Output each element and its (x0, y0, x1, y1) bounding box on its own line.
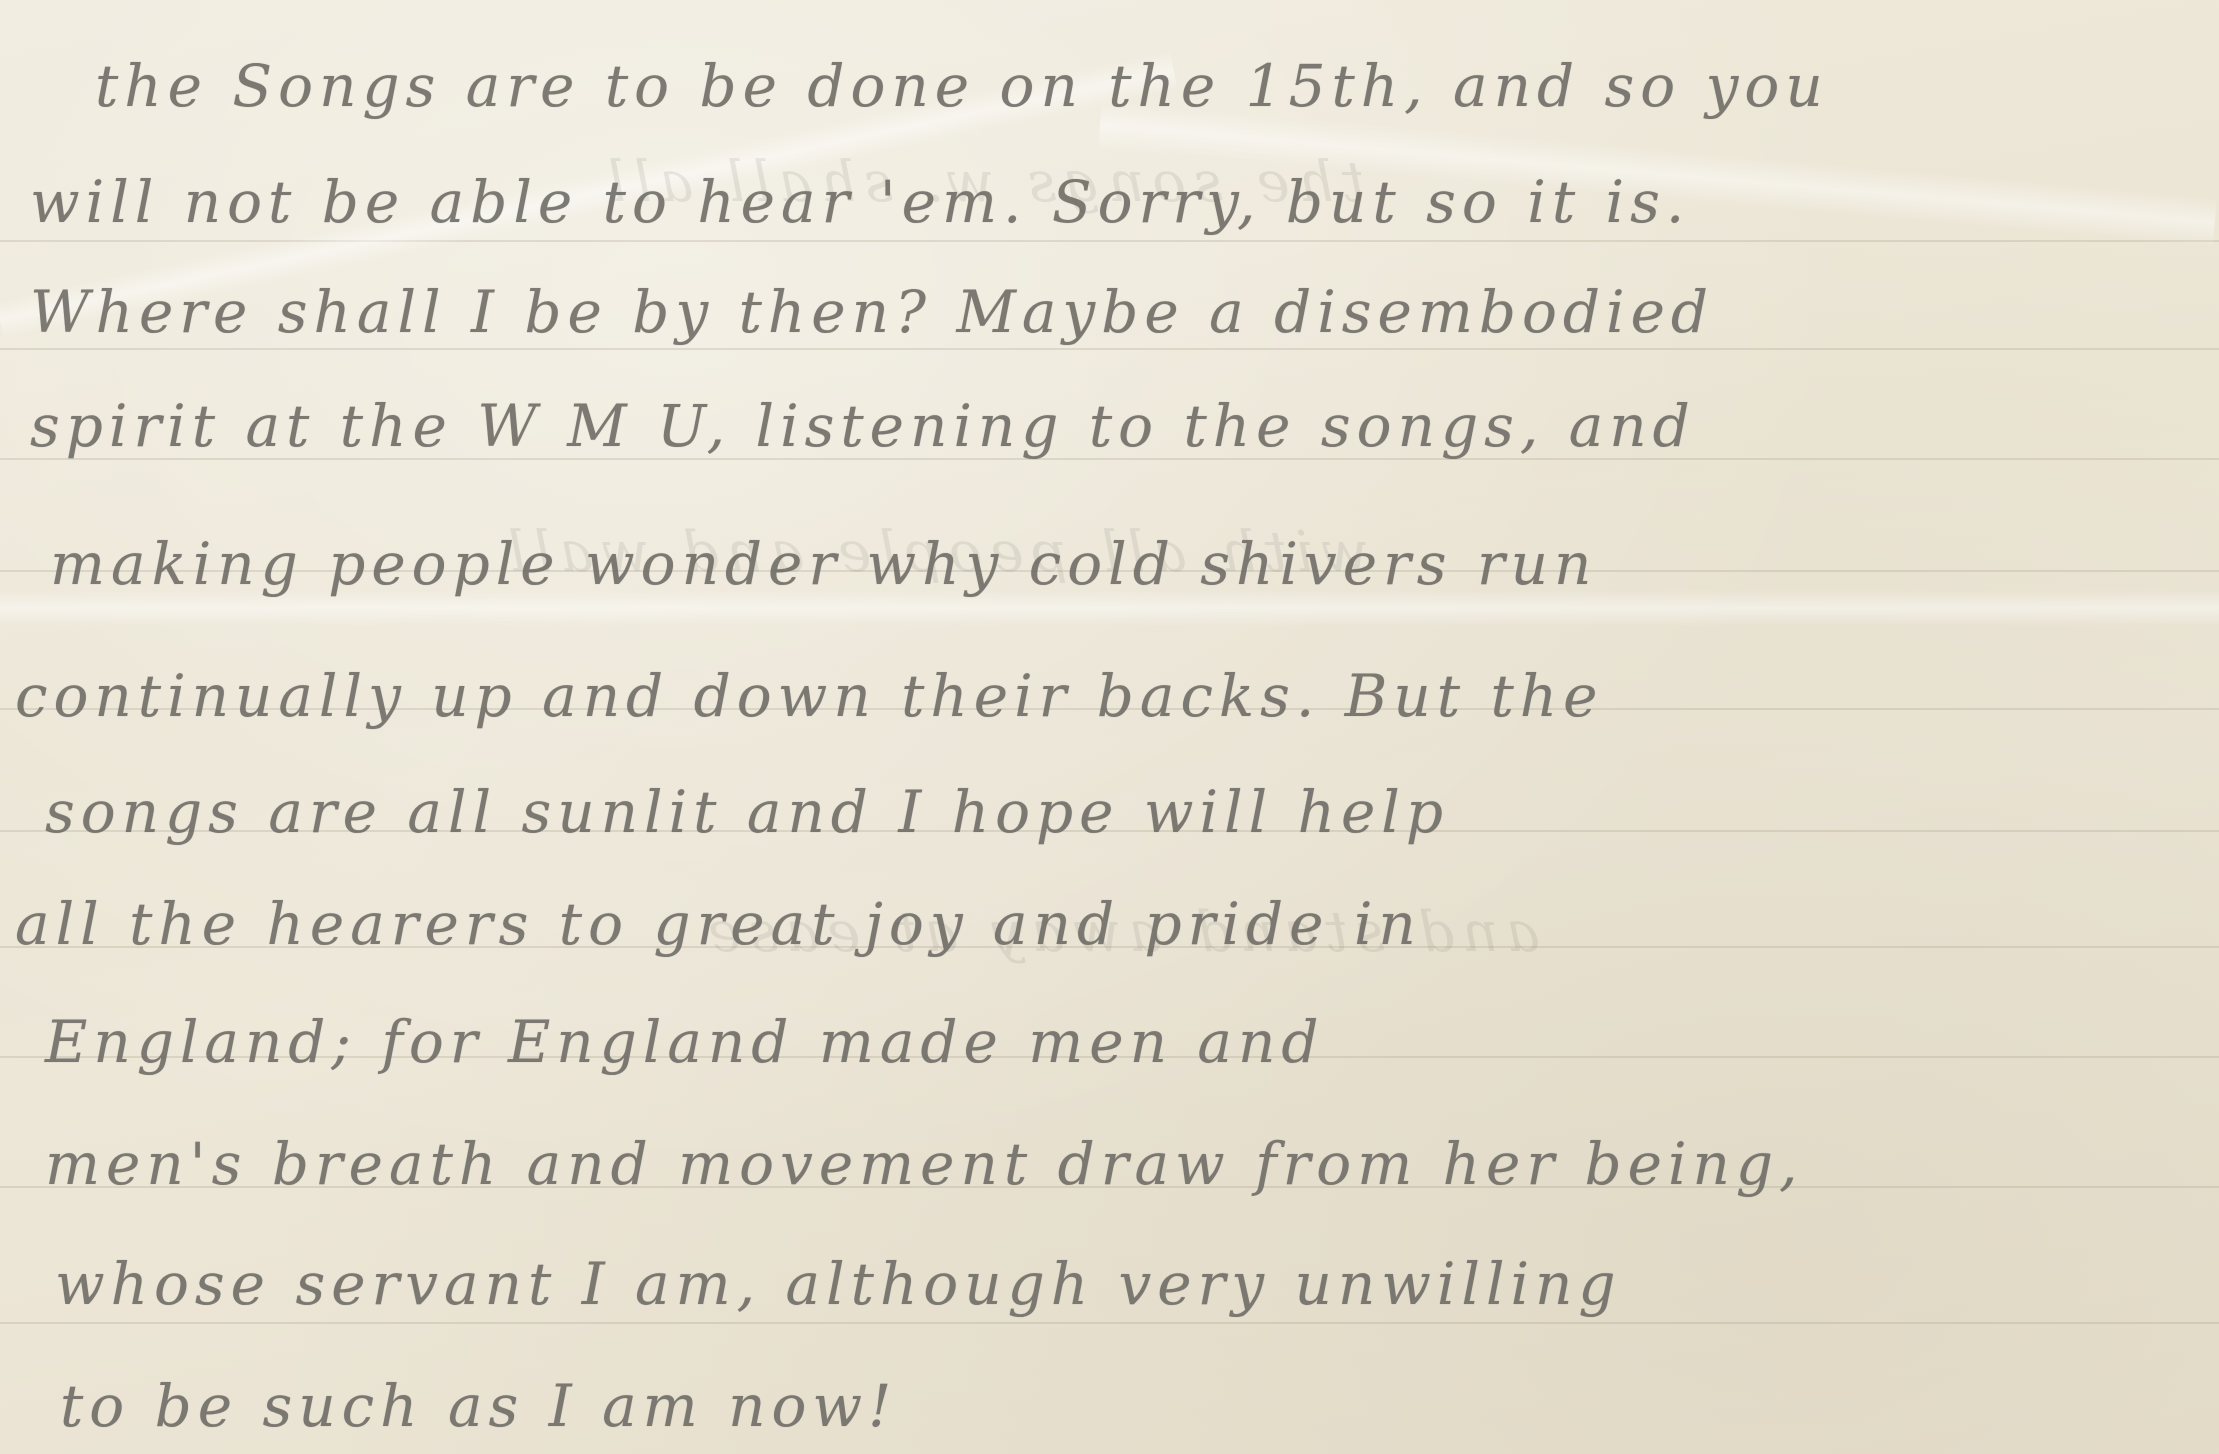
letter-line: spirit at the W M U, listening to the so… (30, 392, 1696, 460)
ruled-line (0, 1322, 2219, 1324)
letter-line: men's breath and movement draw from her … (45, 1130, 1803, 1198)
letter-line: England; for England made men and (45, 1008, 1324, 1076)
ruled-line (0, 348, 2219, 350)
letter-line: all the hearers to great joy and pride i… (15, 890, 1422, 958)
letter-line: to be such as I am now! (60, 1372, 897, 1440)
letter-line: making people wonder why cold shivers ru… (50, 530, 1597, 598)
letter-line: the Songs are to be done on the 15th, an… (95, 52, 1829, 120)
letter-page: the songs w. shall all with all people a… (0, 0, 2219, 1454)
letter-line: will not be able to hear 'em. Sorry, but… (30, 168, 1690, 236)
letter-line: whose servant I am, although very unwill… (55, 1250, 1622, 1318)
letter-line: continually up and down their backs. But… (15, 662, 1603, 730)
letter-line: songs are all sunlit and I hope will hel… (45, 778, 1449, 846)
letter-line: Where shall I be by then? Maybe a disemb… (30, 278, 1714, 346)
